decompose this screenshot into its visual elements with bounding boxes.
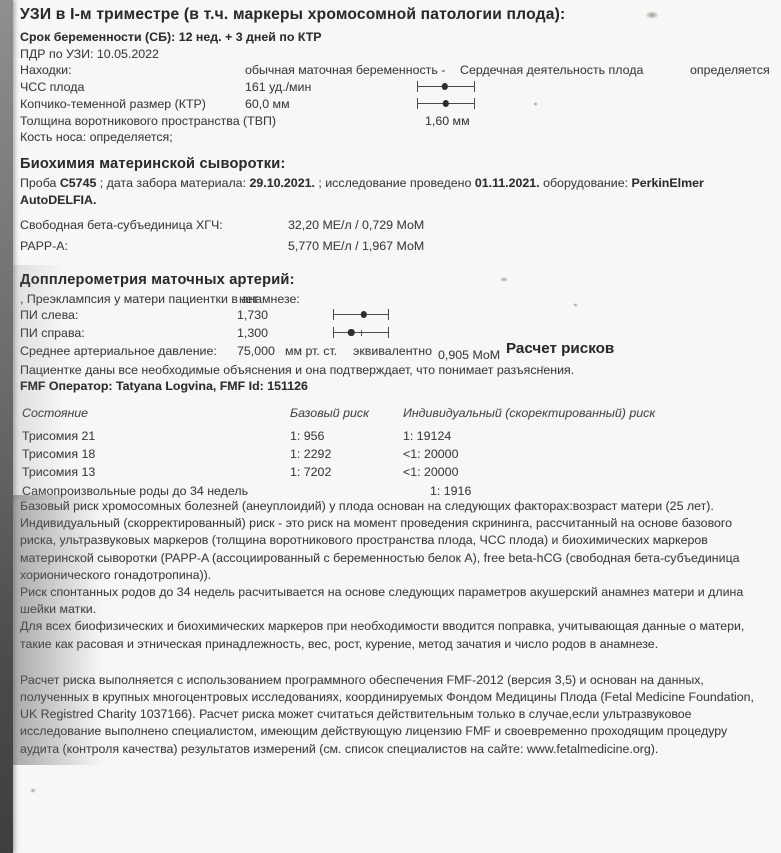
table-row-adjusted: <1: 20000: [403, 446, 458, 462]
scanned-report-page: УЗИ в I-м триместре (в т.ч. маркеры хром…: [0, 0, 781, 853]
papp-label: PAPP-A:: [20, 238, 68, 254]
hcg-label: Свободная бета-субъединица ХГЧ:: [20, 217, 223, 233]
scan-speck: [30, 788, 36, 793]
table-header-adjusted-risk: Индивидуальный (скоректированный) риск: [403, 405, 655, 421]
fhr-range-dot: [442, 83, 448, 89]
findings-value: обычная маточная беременность -: [245, 62, 445, 78]
table-header-base-risk: Базовый риск: [290, 405, 369, 421]
scan-speck: [540, 365, 545, 369]
table-row-adjusted: 1: 19124: [403, 428, 451, 444]
map-label: Среднее артериальное давление:: [20, 343, 217, 359]
scan-speck: [645, 11, 659, 19]
nasal-bone-line: Кость носа: определяется;: [20, 129, 173, 145]
crl-range-dot: [443, 100, 449, 106]
analysis-date: 01.11.2021.: [475, 176, 540, 190]
heart-activity-label: Сердечная деятельность плода: [460, 62, 643, 78]
crl-label: Копчико-теменной размер (КТР): [20, 96, 206, 112]
table-row-condition: Самопроизвольные роды до 34 недель: [22, 483, 248, 499]
gestation-line: Срок беременности (СБ): 12 нед. + 3 дней…: [20, 29, 322, 45]
preeclampsia-value: нет: [239, 291, 258, 307]
table-row-base: 1: 2292: [290, 446, 331, 462]
fhr-label: ЧСС плода: [20, 79, 84, 95]
sample-seg: ; дата забора материала:: [96, 176, 249, 190]
note-preterm-risk: Риск спонтанных родов до 34 недель расчи…: [20, 584, 760, 618]
pi-left-value: 1,730: [237, 307, 268, 323]
map-value: 75,000: [237, 343, 275, 359]
note-fmf-software: Расчет риска выполняется с использование…: [20, 672, 760, 758]
table-row-condition: Трисомия 18: [22, 446, 95, 462]
fhr-value: 161 уд./мин: [245, 79, 311, 95]
pi-right-range-indicator: [333, 327, 389, 338]
sample-id: C5745: [60, 176, 97, 190]
note-corrections: Для всех биофизических и биохимических м…: [20, 618, 760, 652]
map-equivalent-label: эквивалентно: [353, 343, 432, 359]
sample-line: Проба C5745 ; дата забора материала: 29.…: [20, 175, 762, 209]
crl-range-indicator: [417, 98, 475, 109]
scan-speck: [533, 102, 538, 106]
risk-calc-heading: Расчет рисков: [506, 340, 614, 357]
sample-seg: оборудование:: [540, 176, 632, 190]
table-row-adjusted: 1: 1916: [430, 483, 471, 499]
sample-seg: ; исследование проведено: [315, 176, 475, 190]
heart-activity-value: определяется: [690, 62, 770, 78]
table-row-base: 1: 956: [290, 428, 324, 444]
table-row-condition: Трисомия 21: [22, 428, 95, 444]
hcg-value: 32,20 МЕ/л / 0,729 МоМ: [288, 217, 424, 233]
table-header-condition: Состояние: [22, 405, 88, 421]
note-adjusted-risk: Индивидуальный (скорректированный) риск …: [20, 515, 760, 584]
pi-left-label: ПИ слева:: [20, 307, 78, 323]
pi-right-range-dot: [348, 329, 354, 335]
note-base-risk: Базовый риск хромосомных болезней (анеуп…: [20, 498, 760, 515]
crl-value: 60,0 мм: [245, 96, 290, 112]
nt-label: Толщина воротникового пространства (ТВП): [20, 113, 276, 129]
pi-right-value: 1,300: [237, 325, 268, 341]
report-content: УЗИ в I-м триместре (в т.ч. маркеры хром…: [0, 0, 781, 853]
nt-value: 1,60 мм: [425, 113, 470, 129]
edd-line: ПДР по УЗИ: 10.05.2022: [20, 46, 159, 62]
doppler-heading: Допплерометрия маточных артерий:: [20, 272, 295, 288]
collection-date: 29.10.2021.: [249, 176, 314, 190]
pi-right-label: ПИ справа:: [20, 325, 85, 341]
notes-block: Базовый риск хромосомных болезней (анеуп…: [20, 498, 760, 758]
sample-seg: Проба: [20, 176, 60, 190]
table-row-base: 1: 7202: [290, 464, 331, 480]
map-units: мм рт. ст.: [285, 343, 337, 359]
map-mom-value: 0,905 МоМ: [438, 347, 500, 363]
scan-speck: [573, 303, 578, 307]
consent-line: Пациентке даны все необходимые объяснени…: [20, 362, 574, 378]
papp-value: 5,770 МЕ/л / 1,967 МоМ: [288, 238, 424, 254]
report-title: УЗИ в I-м триместре (в т.ч. маркеры хром…: [20, 6, 565, 24]
scan-speck: [500, 277, 508, 282]
pi-left-range-dot: [360, 311, 366, 317]
fhr-range-indicator: [417, 81, 475, 92]
biochemistry-heading: Биохимия материнской сыворотки:: [20, 156, 286, 172]
table-row-condition: Трисомия 13: [22, 464, 95, 480]
fmf-operator-line: FMF Оператор: Tatyana Logvina, FMF Id: 1…: [20, 378, 308, 394]
pi-left-range-indicator: [333, 309, 389, 320]
findings-label: Находки:: [20, 62, 72, 78]
table-row-adjusted: <1: 20000: [403, 464, 458, 480]
